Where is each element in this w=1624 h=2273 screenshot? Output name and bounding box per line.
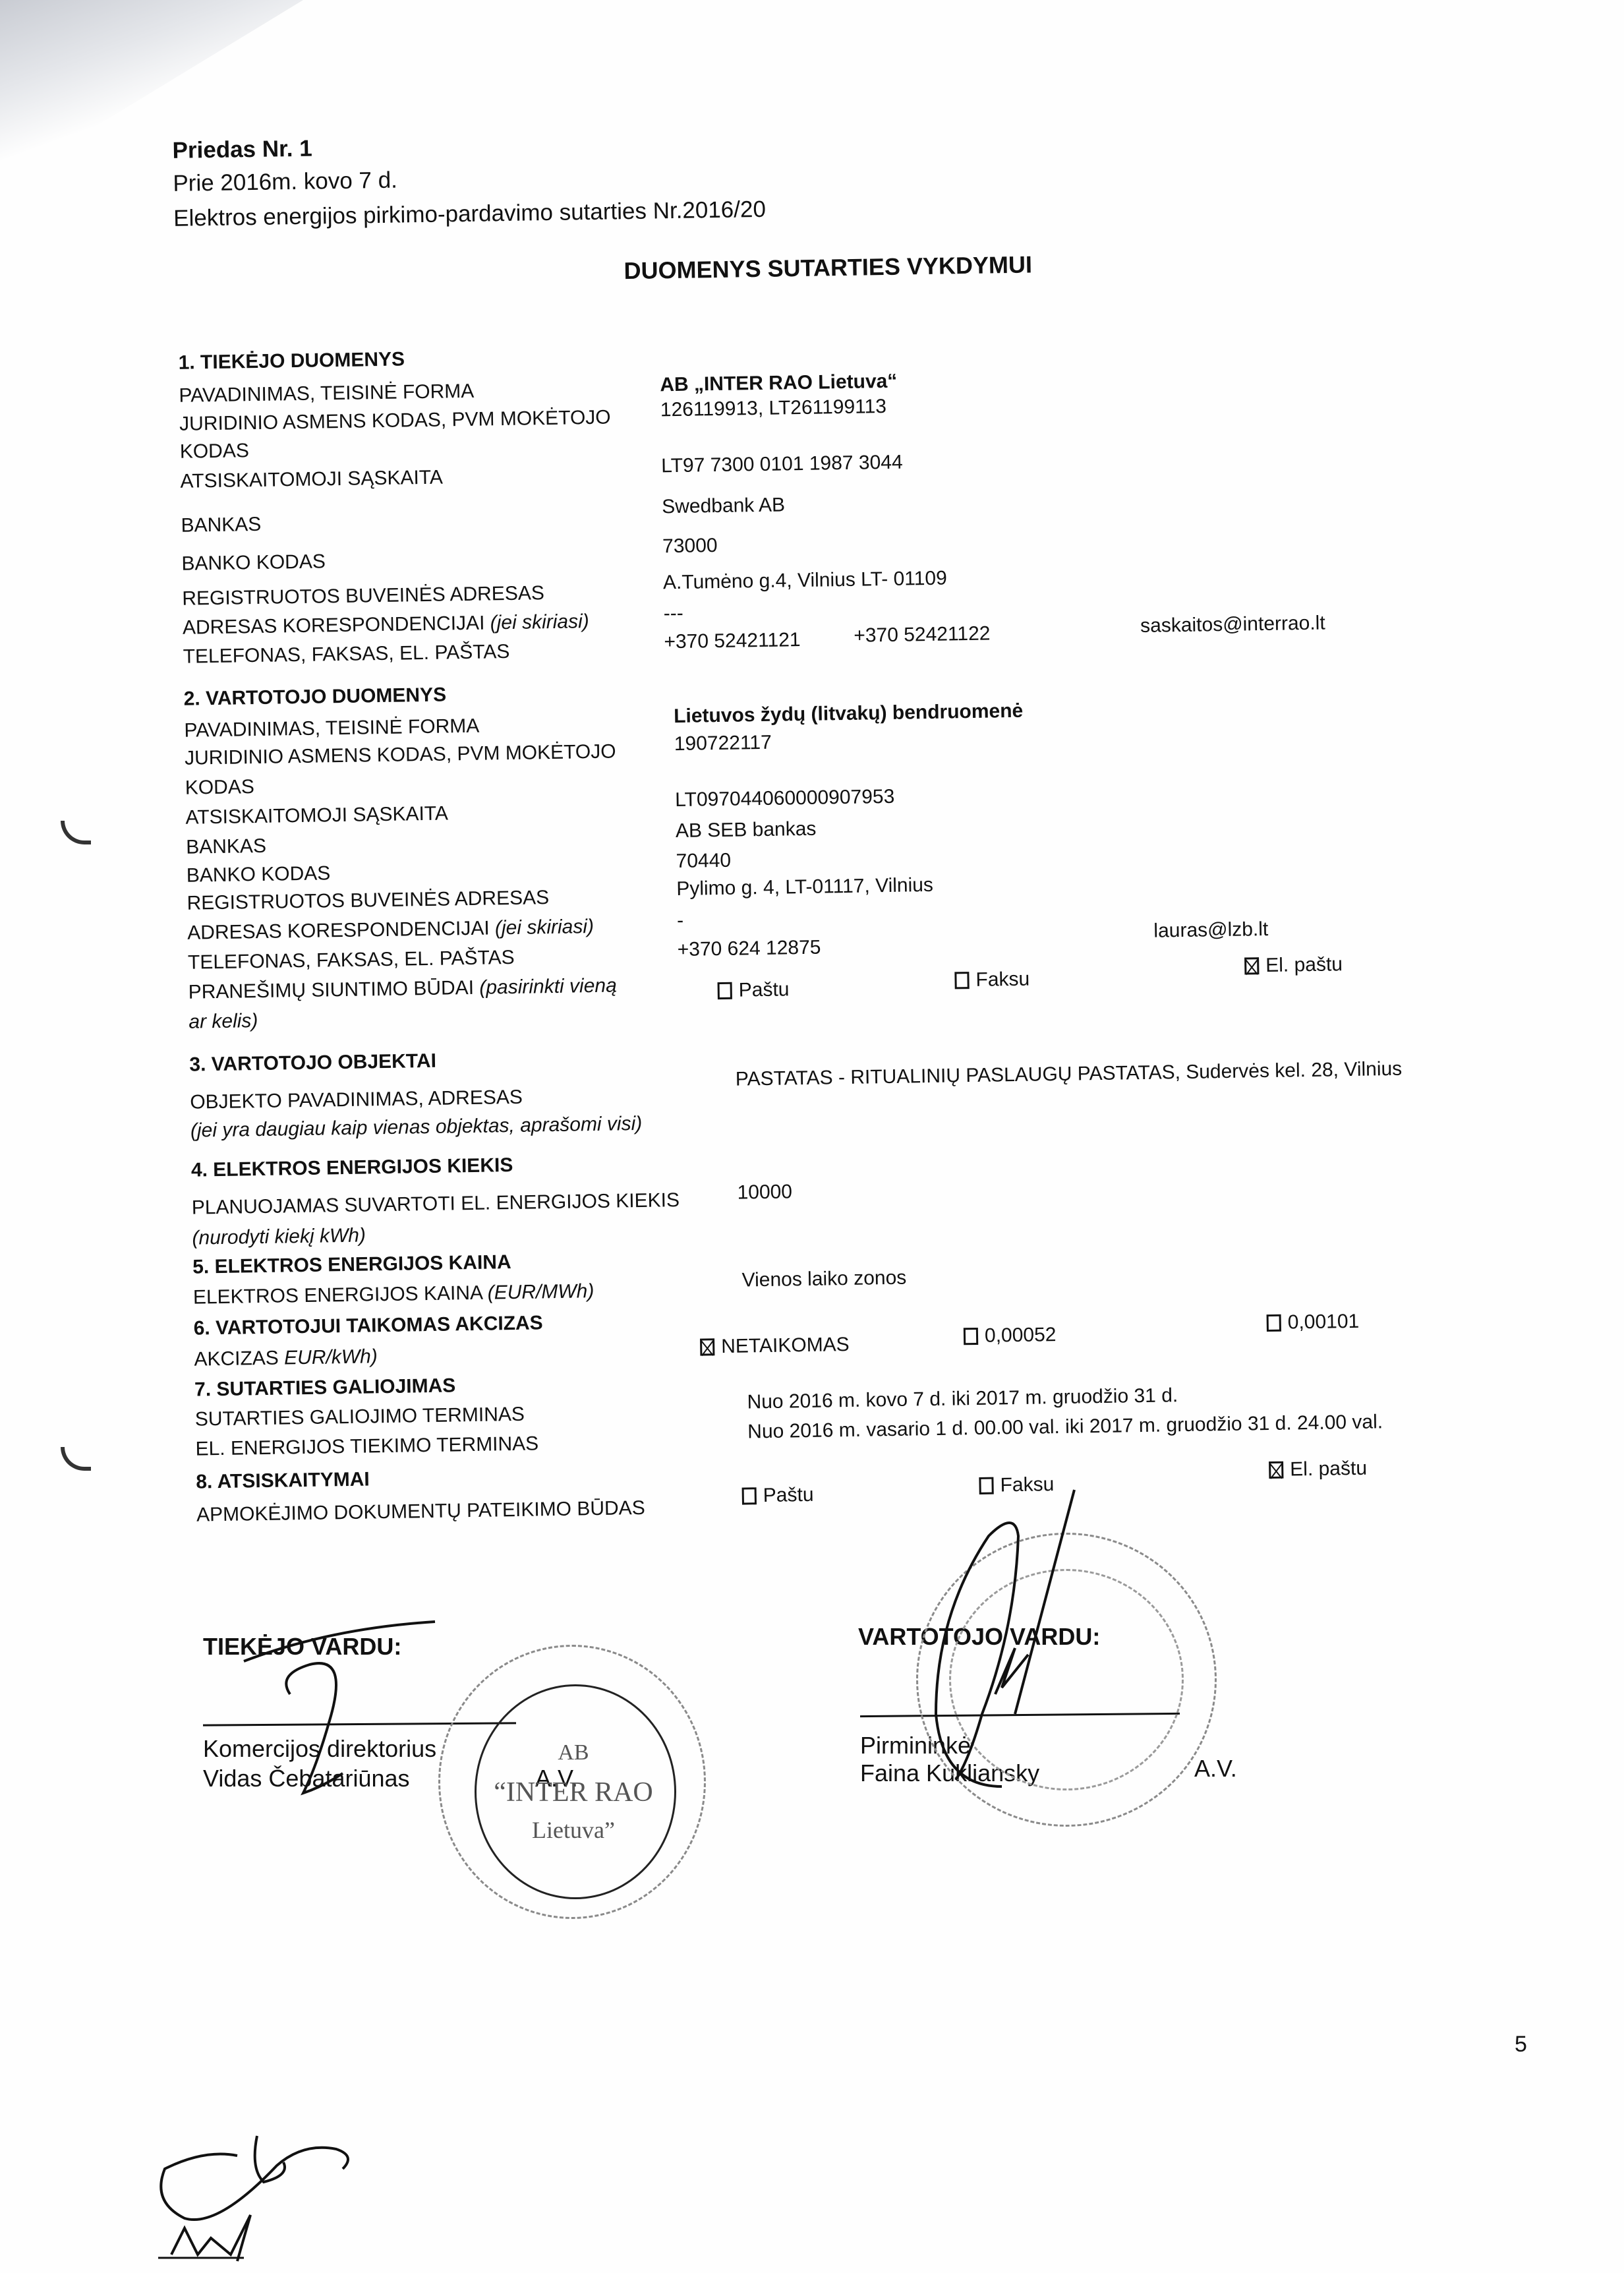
initials-scribble <box>158 2096 369 2268</box>
field-label: OBJEKTO PAVADINIMAS, ADRESAS <box>190 1088 523 1113</box>
supplier-email: saskaitos@interrao.lt <box>1140 614 1325 636</box>
supplier-correspondence-address: --- <box>664 604 683 624</box>
field-label: BANKO KODAS <box>181 552 326 574</box>
consumer-address: Pylimo g. 4, LT-01117, Vilnius <box>676 875 933 899</box>
checkbox-checked-icon[interactable] <box>1244 957 1259 974</box>
consumer-name: Lietuvos žydų (litvakų) bendruomenė <box>674 701 1023 726</box>
checkbox-checked-icon[interactable] <box>1269 1461 1283 1479</box>
field-label-text: ADRESAS KORESPONDENCIJAI <box>183 612 485 639</box>
field-label: TELEFONAS, FAKSAS, EL. PAŠTAS <box>188 948 515 973</box>
field-label: ELEKTROS ENERGIJOS KAINA (EUR/MWh) <box>193 1282 594 1308</box>
object-name-address: PASTATAS - RITUALINIŲ PASLAUGŲ PASTATAS,… <box>736 1059 1403 1090</box>
field-label-note: (EUR/MWh) <box>487 1280 594 1304</box>
invoice-option-email[interactable]: El. paštu <box>1269 1459 1367 1480</box>
field-label: PLANUOJAMAS SUVARTOTI EL. ENERGIJOS KIEK… <box>192 1191 680 1218</box>
excise-option-not-applied[interactable]: NETAIKOMAS <box>700 1335 850 1357</box>
field-label-note-text: (nurodyti kiekį kWh) <box>192 1225 366 1249</box>
field-label: REGISTRUOTOS BUVEINĖS ADRESAS <box>187 888 549 914</box>
field-label: PAVADINIMAS, TEISINĖ FORMA <box>179 382 474 406</box>
supplier-stamp-line2: “INTER RAO <box>461 1777 685 1808</box>
annex-number: Priedas Nr. 1 <box>172 137 312 162</box>
section-heading-supplier: 1. TIEKĖJO DUOMENYS <box>178 349 405 372</box>
field-label: JURIDINIO ASMENS KODAS, PVM MOKĖTOJO <box>185 742 616 768</box>
excise-option-00101[interactable]: 0,00101 <box>1267 1312 1360 1333</box>
field-label: SUTARTIES GALIOJIMO TERMINAS <box>195 1405 525 1430</box>
document-page: Priedas Nr. 1 Prie 2016m. kovo 7 d. Elek… <box>0 0 1624 2273</box>
field-label: KODAS <box>180 441 249 462</box>
option-label: El. paštu <box>1265 953 1343 976</box>
field-label: ATSISKAITOMOJI SĄSKAITA <box>180 468 443 492</box>
section-heading-consumer: 2. VARTOTOJO DUOMENYS <box>183 685 446 709</box>
option-label: Paštu <box>738 978 789 1001</box>
field-label: APMOKĖJIMO DOKUMENTŲ PATEIKIMO BŪDAS <box>196 1498 645 1525</box>
consumer-account: LT097044060000907953 <box>675 787 895 810</box>
field-label-note: (jei skiriasi) <box>495 916 594 939</box>
field-label: TELEFONAS, FAKSAS, EL. PAŠTAS <box>183 642 509 667</box>
option-label: 0,00052 <box>985 1324 1057 1347</box>
notify-option-post[interactable]: Paštu <box>718 980 790 1001</box>
invoice-option-post[interactable]: Paštu <box>742 1485 814 1506</box>
consumer-company-code: 190722117 <box>674 733 772 754</box>
field-label-text: ADRESAS KORESPONDENCIJAI <box>187 918 490 944</box>
field-label-note: (nurodyti kiekį kWh) <box>192 1226 366 1249</box>
field-label: EL. ENERGIJOS TIEKIMO TERMINAS <box>195 1434 538 1459</box>
annex-date: Prie 2016m. kovo 7 d. <box>173 169 397 195</box>
field-label-note-text: (jei yra daugiau kaip vienas objektas, a… <box>190 1113 643 1142</box>
consumer-seal-mark: A.V. <box>1194 1757 1237 1781</box>
checkbox-unchecked-icon[interactable] <box>1267 1314 1281 1332</box>
option-label: Faksu <box>975 968 1029 991</box>
supply-term: Nuo 2016 m. vasario 1 d. 00.00 val. iki … <box>747 1412 1383 1442</box>
checkbox-unchecked-icon[interactable] <box>979 1477 993 1494</box>
supplier-bank-code: 73000 <box>662 536 718 556</box>
field-label: ADRESAS KORESPONDENCIJAI (jei skiriasi) <box>187 917 594 943</box>
checkbox-checked-icon[interactable] <box>700 1338 714 1355</box>
notify-option-fax[interactable]: Faksu <box>954 970 1029 991</box>
field-label: PAVADINIMAS, TEISINĖ FORMA <box>184 717 479 741</box>
supplier-stamp-line3: Lietuva” <box>475 1816 672 1844</box>
checkbox-unchecked-icon[interactable] <box>964 1328 978 1345</box>
option-label: 0,00101 <box>1287 1311 1359 1334</box>
supplier-account: LT97 7300 0101 1987 3044 <box>661 453 903 477</box>
field-label: REGISTRUOTOS BUVEINĖS ADRESAS <box>182 583 544 609</box>
option-label: Faksu <box>1000 1473 1054 1496</box>
checkbox-unchecked-icon[interactable] <box>742 1487 757 1504</box>
consumer-correspondence-address: - <box>677 911 683 931</box>
supplier-stamp-line1: AB <box>475 1740 672 1765</box>
excise-option-00052[interactable]: 0,00052 <box>964 1325 1057 1346</box>
field-label: JURIDINIO ASMENS KODAS, PVM MOKĖTOJO <box>179 408 611 434</box>
supplier-company-code: 126119913, LT261199113 <box>660 397 887 420</box>
notify-option-email[interactable]: El. paštu <box>1244 955 1343 976</box>
field-label: KODAS <box>185 777 254 798</box>
field-label-note: (pasirinkti vieną <box>479 974 617 998</box>
field-label-note: (jei skiriasi) <box>490 610 589 634</box>
consumer-email: lauras@lzb.lt <box>1153 920 1268 941</box>
consumer-phone: +370 624 12875 <box>678 938 821 960</box>
field-label-note: (jei yra daugiau kaip vienas objektas, a… <box>190 1114 643 1141</box>
field-label-text: AKCIZAS <box>194 1347 279 1371</box>
page-number: 5 <box>1515 2032 1527 2057</box>
field-label: PRANEŠIMŲ SIUNTIMO BŪDAI (pasirinkti vie… <box>188 976 617 1002</box>
price-type: Vienos laiko zonos <box>741 1268 906 1291</box>
section-heading-price: 5. ELEKTROS ENERGIJOS KAINA <box>192 1253 511 1278</box>
supplier-fax: +370 52421122 <box>854 624 991 646</box>
section-heading-settlements: 8. ATSISKAITYMAI <box>196 1469 370 1492</box>
consumer-bank-code: 70440 <box>676 851 731 871</box>
field-label: ADRESAS KORESPONDENCIJAI (jei skiriasi) <box>183 612 589 638</box>
supplier-name: AB „INTER RAO Lietuva“ <box>660 372 897 396</box>
invoice-option-fax[interactable]: Faksu <box>979 1475 1054 1496</box>
supplier-signature-scribble <box>250 1615 448 1813</box>
section-heading-quantity: 4. ELEKTROS ENERGIJOS KIEKIS <box>191 1156 513 1181</box>
page-title: DUOMENYS SUTARTIES VYKDYMUI <box>623 252 1032 283</box>
field-label: BANKAS <box>181 515 261 536</box>
section-heading-excise: 6. VARTOTOJUI TAIKOMAS AKCIZAS <box>193 1313 542 1338</box>
section-heading-validity: 7. SUTARTIES GALIOJIMAS <box>194 1376 456 1400</box>
field-label-note: ar kelis) <box>188 1010 258 1033</box>
field-label-text: PRANEŠIMŲ SIUNTIMO BŪDAI <box>188 977 474 1003</box>
consumer-signature-scribble <box>916 1496 1087 1800</box>
supplier-phone: +370 52421121 <box>664 630 801 652</box>
field-label: ATSISKAITOMOJI SĄSKAITA <box>185 804 448 827</box>
checkbox-unchecked-icon[interactable] <box>718 982 732 999</box>
consumer-bank: AB SEB bankas <box>676 819 817 841</box>
option-label: El. paštu <box>1290 1458 1367 1481</box>
field-label-text: ELEKTROS ENERGIJOS KAINA <box>193 1282 482 1309</box>
field-label: AKCIZAS EUR/kWh) <box>194 1347 378 1369</box>
contract-reference: Elektros energijos pirkimo-pardavimo sut… <box>173 198 766 230</box>
field-label-note: EUR/kWh) <box>284 1345 378 1369</box>
option-label: NETAIKOMAS <box>721 1334 850 1357</box>
field-label: BANKAS <box>186 837 266 858</box>
supplier-bank: Swedbank AB <box>662 495 785 517</box>
section-heading-objects: 3. VARTOTOJO OBJEKTAI <box>189 1051 436 1075</box>
contract-validity-term: Nuo 2016 m. kovo 7 d. iki 2017 m. gruodž… <box>747 1386 1178 1412</box>
field-label: BANKO KODAS <box>187 864 331 885</box>
supplier-address: A.Tumėno g.4, Vilnius LT- 01109 <box>663 569 947 593</box>
option-label: Paštu <box>763 1484 814 1506</box>
field-label-note-cont: ar kelis) <box>188 1011 258 1032</box>
planned-quantity: 10000 <box>737 1182 792 1202</box>
checkbox-unchecked-icon[interactable] <box>954 972 969 989</box>
